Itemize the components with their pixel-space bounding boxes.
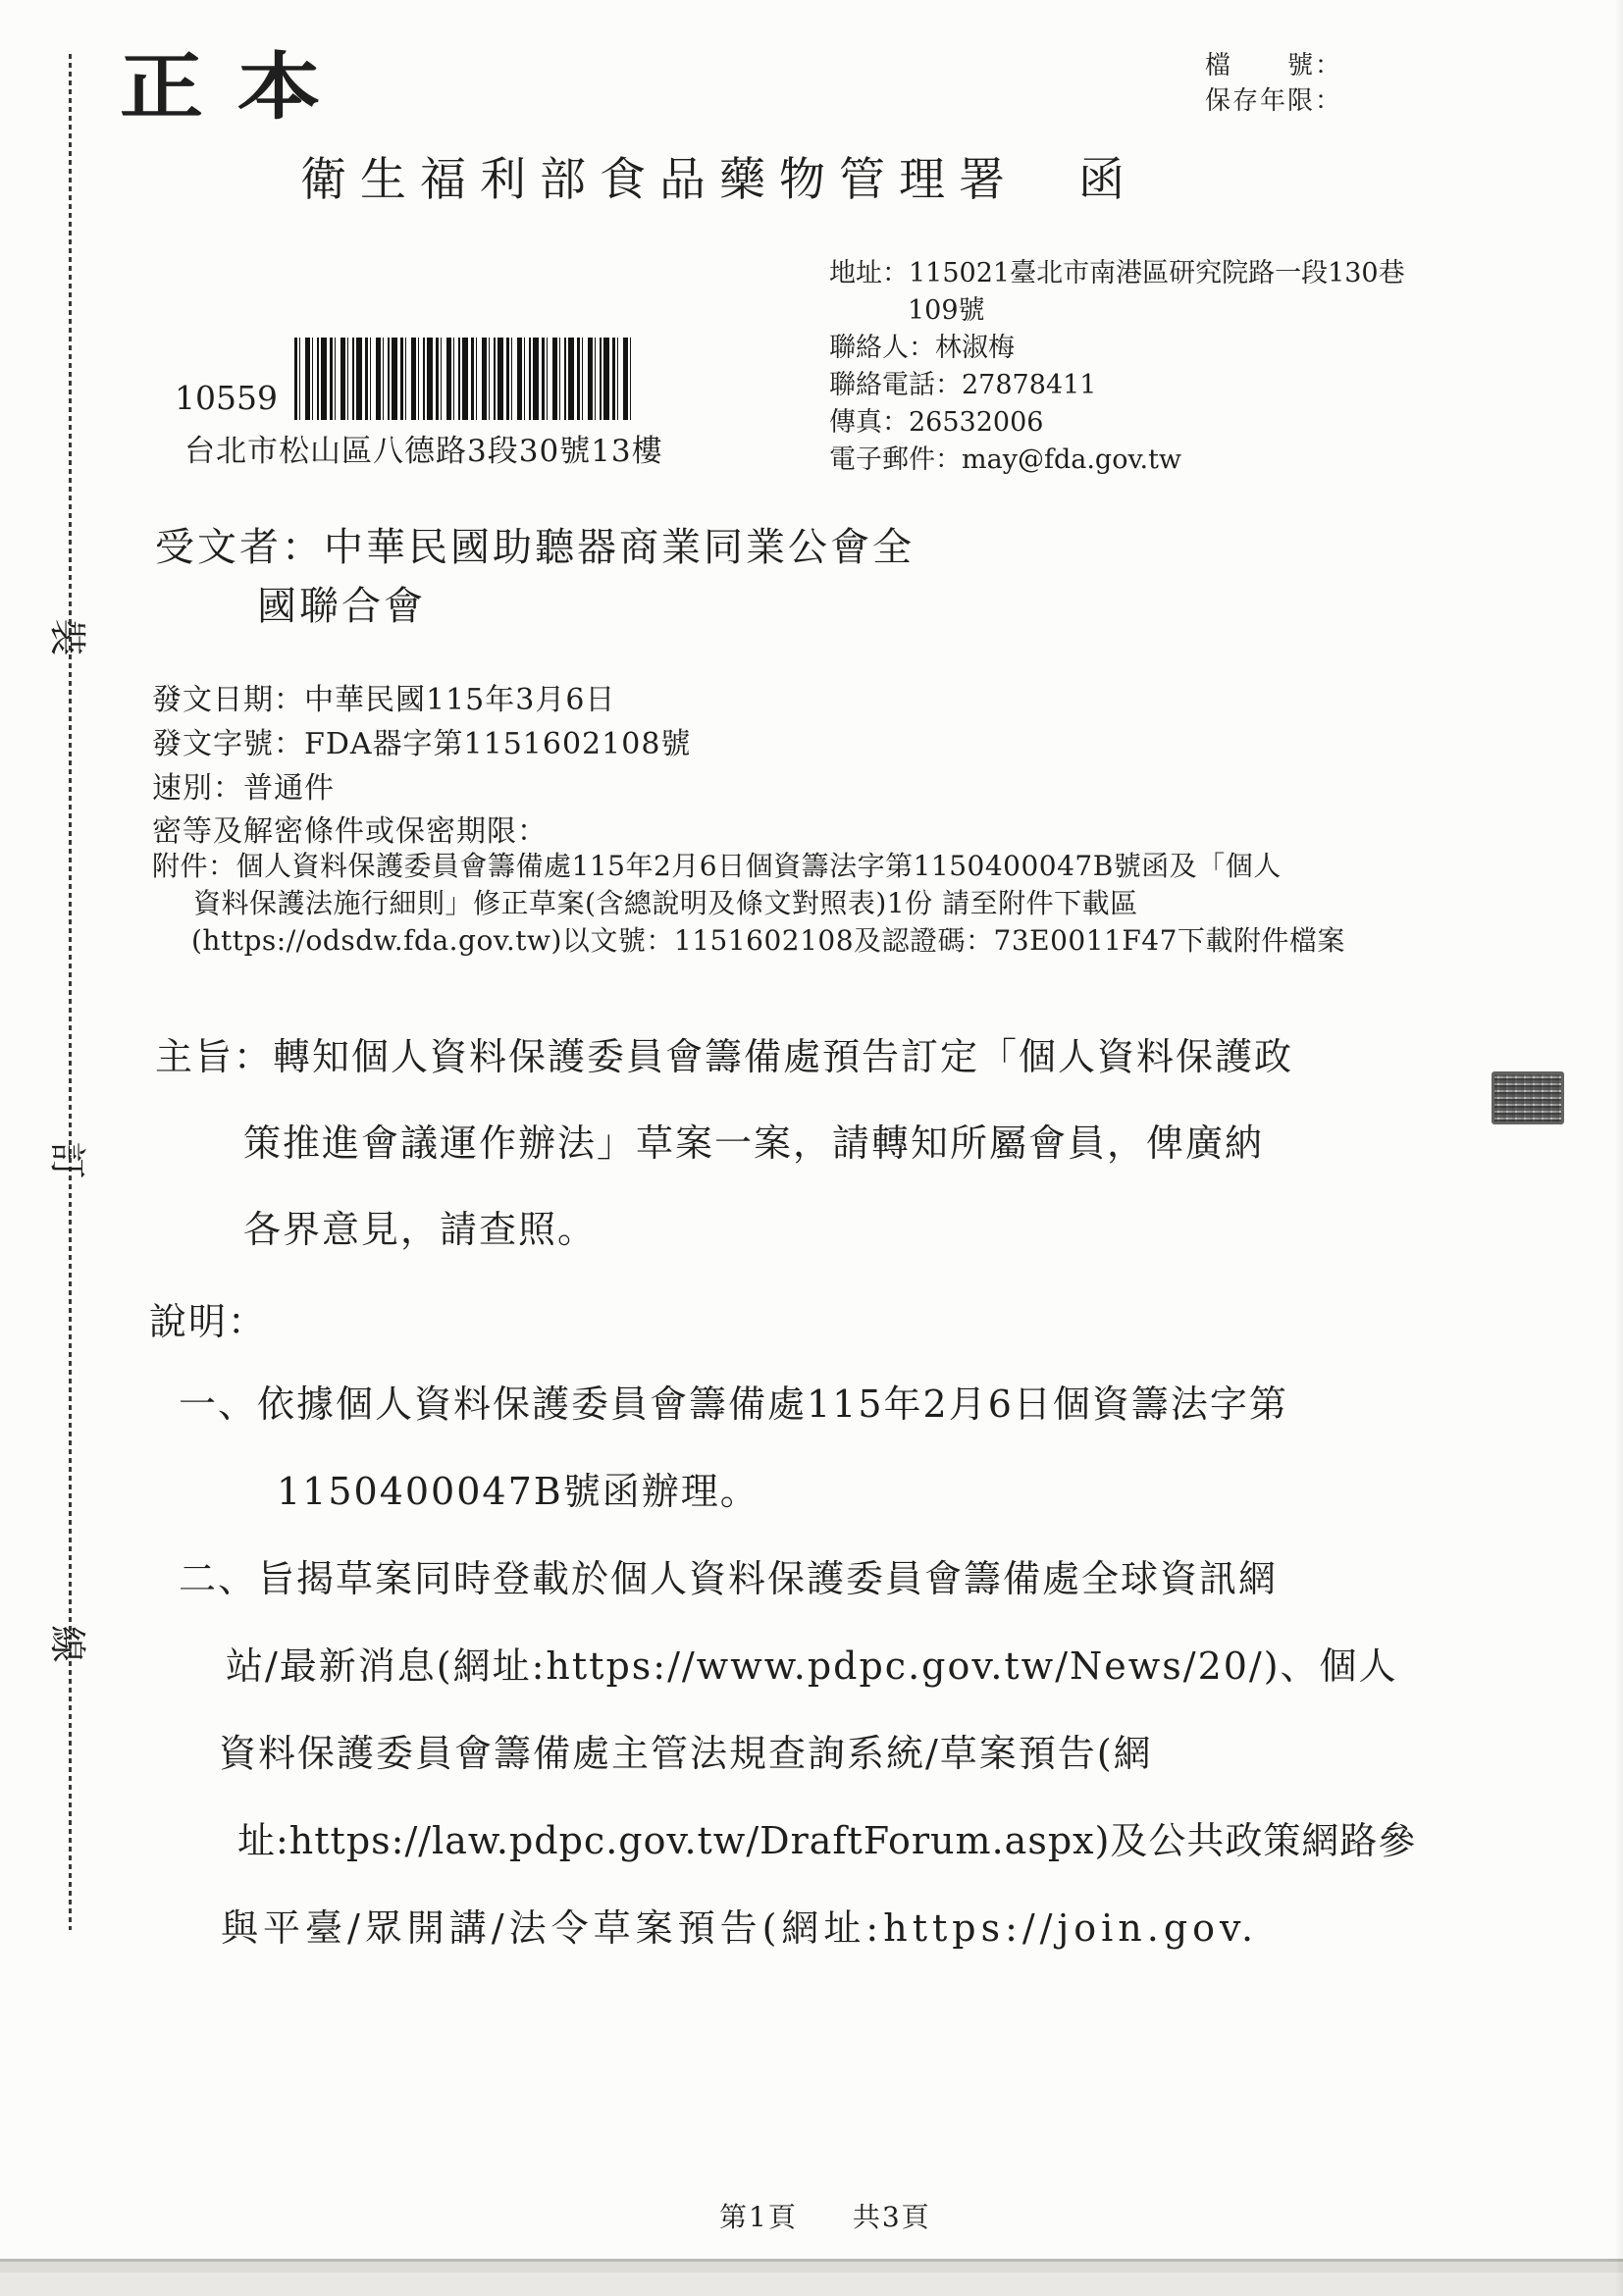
sender-info-block: 地址：115021臺北市南港區研究院路一段130巷 109號 聯絡人：林淑梅 聯… xyxy=(829,255,1405,479)
page-number: 第1頁 xyxy=(719,2201,798,2233)
sender-phone: 聯絡電話：27878411 xyxy=(829,367,1405,404)
retention-period-label: 保存年限： xyxy=(1205,80,1342,117)
explanation-item1-line2: 1150400047B號函辦理。 xyxy=(277,1461,759,1515)
subject-line3: 各界意見，請查照。 xyxy=(243,1199,597,1253)
explanation-item2-line2: 站/最新消息(網址:https://www.pdpc.gov.tw/News/2… xyxy=(226,1636,1398,1690)
attachment-line2: 資料保護法施行細則」修正草案(含總說明及條文對照表)1份 請至附件下載區 xyxy=(193,882,1138,921)
official-seal-stamp xyxy=(1492,1071,1564,1124)
mailing-barcode xyxy=(294,338,634,420)
recipient-zip-code: 10559 xyxy=(175,379,278,417)
scan-edge-bottom xyxy=(0,2259,1623,2296)
file-number-label: 檔 號： xyxy=(1205,45,1342,81)
explanation-item2-line1: 二、旨揭草案同時登載於個人資料保護委員會籌備處全球資訊網 xyxy=(179,1548,1278,1602)
recipient-line1: 受文者：中華民國助聽器商業同業公會全 xyxy=(155,516,915,572)
explanation-item2-line4: 址:https://law.pdpc.gov.tw/DraftForum.asp… xyxy=(237,1810,1416,1864)
sender-address-line1: 地址：115021臺北市南港區研究院路一段130巷 xyxy=(829,255,1405,292)
issue-number: 發文字號：FDA器字第1151602108號 xyxy=(152,719,691,762)
sender-fax: 傳真：26532006 xyxy=(829,404,1405,442)
document-title: 衛生福利部食品藥物管理署 函 xyxy=(300,143,1138,209)
priority-level: 速別：普通件 xyxy=(152,763,335,807)
sender-email: 電子郵件：may@fda.gov.tw xyxy=(829,442,1405,479)
recipient-line2: 國聯合會 xyxy=(257,575,426,631)
attachment-line3: (https://odsdw.fda.gov.tw)以文號：1151602108… xyxy=(191,919,1345,959)
binding-mark-ding: 訂 xyxy=(44,1140,98,1181)
subject-line1: 主旨：轉知個人資料保護委員會籌備處預告訂定「個人資料保護政 xyxy=(155,1026,1293,1080)
document-page: { "header": { "copy_label": "正本", "file_… xyxy=(0,0,1623,2296)
explanation-item1-line1: 一、依據個人資料保護委員會籌備處115年2月6日個資籌法字第 xyxy=(179,1374,1288,1428)
sender-address-line2: 109號 xyxy=(829,292,1405,330)
binding-mark-xian: 線 xyxy=(44,1624,98,1665)
page-footer: 第1頁共3頁 xyxy=(719,2196,931,2235)
sender-contact: 聯絡人：林淑梅 xyxy=(829,330,1405,367)
total-pages: 共3頁 xyxy=(853,2201,931,2233)
subject-line2: 策推進會議運作辦法」草案一案，請轉知所屬會員，俾廣納 xyxy=(243,1113,1264,1167)
attachment-line1: 附件：個人資料保護委員會籌備處115年2月6日個資籌法字第1150400047B… xyxy=(152,845,1282,884)
explanation-item2-line3: 資料保護委員會籌備處主管法規查詢系統/草案預告(網 xyxy=(219,1723,1153,1777)
copy-type-label: 正本 xyxy=(120,29,354,133)
explanation-heading: 說明： xyxy=(149,1291,267,1345)
scan-edge-right xyxy=(1615,0,1623,2296)
security-classification: 密等及解密條件或保密期限： xyxy=(152,807,548,850)
issue-date: 發文日期：中華民國115年3月6日 xyxy=(152,675,615,718)
explanation-item2-line5: 與平臺/眾開講/法令草案預告(網址:https://join.gov. xyxy=(221,1898,1258,1952)
binding-mark-zhuang: 裝 xyxy=(44,617,98,658)
recipient-mailing-address: 台北市松山區八德路3段30號13樓 xyxy=(184,426,663,470)
